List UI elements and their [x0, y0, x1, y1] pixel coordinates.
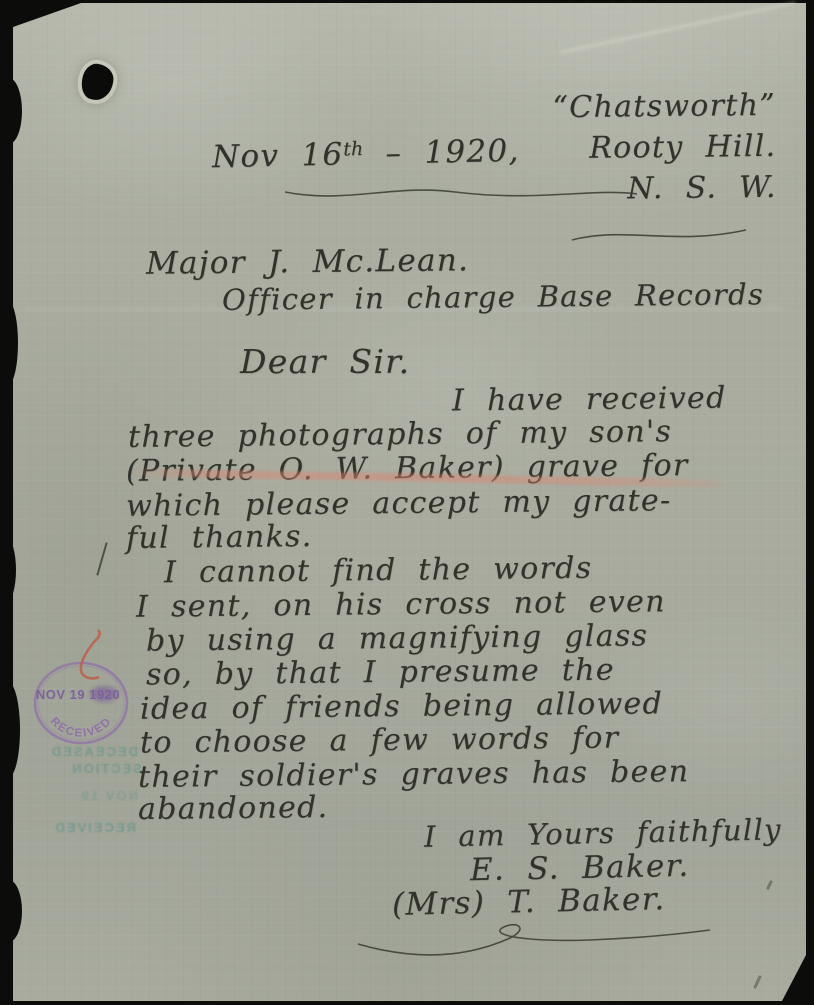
- body-line: which please accept my grate-: [126, 483, 672, 524]
- bleed-line: SECTION: [70, 761, 142, 776]
- bleed-line: DECEASED: [50, 744, 138, 759]
- scan-edge-right: [806, 0, 814, 1005]
- date-flourish: [255, 178, 645, 208]
- bleed-line: RECEIVED: [54, 820, 136, 835]
- body-line: ful thanks.: [126, 519, 313, 556]
- letter-date: Nov 16th – 1920,: [212, 133, 520, 175]
- body-line: abandoned.: [138, 790, 329, 827]
- body-line: their soldier's graves has been: [138, 754, 690, 795]
- salutation: Dear Sir.: [240, 342, 410, 381]
- stamp-date-text: NOV 19 1920: [36, 687, 120, 702]
- scan-edge-top: [0, 0, 814, 3]
- recipient-title: Officer in charge Base Records: [222, 277, 764, 317]
- body-line: I cannot find the words: [164, 551, 593, 590]
- body-line: so, by that I presume the: [146, 653, 615, 693]
- scan-edge-bottom: [0, 1001, 814, 1005]
- bleed-line: NOV 19: [80, 788, 138, 803]
- body-line: to choose a few words for: [140, 720, 620, 760]
- red-check-mark: [68, 626, 116, 688]
- address-flourish: [564, 222, 754, 248]
- signature-flourish: [330, 916, 720, 960]
- body-line: I have received: [452, 381, 727, 419]
- date-year: – 1920,: [385, 133, 520, 172]
- stamp-arc-text: RECEIVED: [48, 715, 114, 739]
- svg-text:RECEIVED: RECEIVED: [48, 715, 114, 739]
- sender-place: “Chatsworth”: [552, 85, 776, 128]
- date-day: Nov 16: [212, 136, 344, 175]
- scan-edge-left: [0, 0, 13, 1005]
- date-suffix: th: [343, 138, 363, 160]
- sender-town: Rooty Hill.: [552, 126, 776, 169]
- recipient-name: Major J. Mc.Lean.: [146, 242, 470, 281]
- scanned-letter-screenshot: { "letter": { "sender_address": { "place…: [0, 0, 814, 1005]
- bleed-through-stamp: DECEASED SECTION NOV 19 RECEIVED: [28, 744, 146, 844]
